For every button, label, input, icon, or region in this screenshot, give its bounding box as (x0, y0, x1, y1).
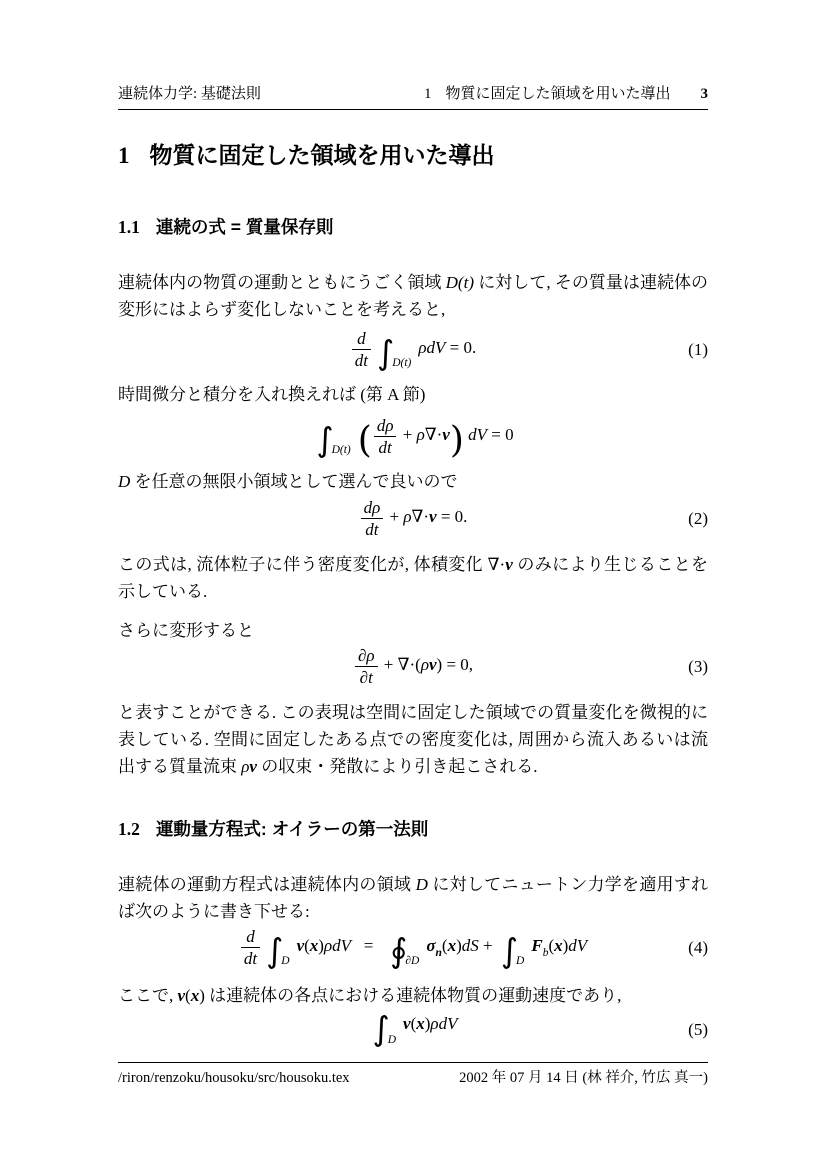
equation-3: ∂ρ∂t + ∇·(ρv) = 0, (353, 646, 473, 688)
equation-4-row: ddt∫Dv(x)ρdV = ∮∂Dσn(x)dS + ∫DFb(x)dV (4… (118, 926, 708, 970)
equation-3-row: ∂ρ∂t + ∇·(ρv) = 0, (3) (118, 646, 708, 688)
equation-unnumbered-row: ∫D(t)(dρdt + ρ∇·v) dV = 0 (118, 412, 708, 462)
page-footer: /riron/renzoku/housoku/src/housoku.tex 2… (118, 1062, 708, 1088)
page-header: 連続体力学: 基礎法則 1 物質に固定した領域を用いた導出 3 (118, 84, 708, 110)
subsection-1-2-title: 運動量方程式: オイラーの第一法則 (156, 819, 428, 839)
subsection-1-1-heading: 1.1連続の式 = 質量保存則 (118, 215, 708, 239)
equation-1-row: ddt∫D(t)ρdV = 0. (1) (118, 329, 708, 371)
paragraph-exchange-derivative: 時間微分と積分を入れ換えれば (第 A 節) (118, 381, 708, 408)
section-1-number: 1 (118, 143, 130, 168)
equation-5-number: (5) (688, 1020, 708, 1040)
subsection-1-2-heading: 1.2運動量方程式: オイラーの第一法則 (118, 817, 708, 841)
paragraph-mass-conservation-intro: 連続体内の物質の運動とともにうごく領域 D(t) に対して, その質量は連続体の… (118, 269, 708, 323)
footer-date-authors: 2002 年 07 月 14 日 (林 祥介, 竹広 真一) (459, 1069, 708, 1088)
equation-3-number: (3) (688, 657, 708, 677)
equation-1: ddt∫D(t)ρdV = 0. (350, 329, 477, 371)
paragraph-further-transform: さらに変形すると (118, 617, 708, 644)
document-page: 連続体力学: 基礎法則 1 物質に固定した領域を用いた導出 3 1物質に固定した… (0, 0, 826, 1169)
header-running-section: 1 物質に固定した領域を用いた導出 3 (424, 84, 708, 104)
equation-2-number: (2) (688, 509, 708, 529)
header-section-number: 1 (424, 84, 432, 104)
paragraph-arbitrary-region: D を任意の無限小領域として選んで良いので (118, 468, 708, 495)
footer-file-path: /riron/renzoku/housoku/src/housoku.tex (118, 1069, 350, 1088)
equation-4: ddt∫Dv(x)ρdV = ∮∂Dσn(x)dS + ∫DFb(x)dV (239, 927, 587, 969)
header-section-title: 物質に固定した領域を用いた導出 (445, 84, 670, 104)
paragraph-velocity-definition: ここで, v(x) は連続体の各点における連続体物質の運動速度であり, (118, 982, 708, 1009)
equation-1-number: (1) (688, 340, 708, 360)
section-1-title: 物質に固定した領域を用いた導出 (150, 142, 495, 168)
subsection-1-2-number: 1.2 (118, 819, 140, 839)
header-document-title: 連続体力学: 基礎法則 (118, 84, 261, 104)
header-page-number: 3 (701, 84, 709, 104)
equation-2-row: dρdt + ρ∇·v = 0. (2) (118, 498, 708, 540)
equation-unnumbered: ∫D(t)(dρdt + ρ∇·v) dV = 0 (312, 416, 513, 458)
equation-5: ∫Dv(x)ρdV (369, 1014, 458, 1045)
subsection-1-1-number: 1.1 (118, 217, 140, 237)
paragraph-density-change: この式は, 流体粒子に伴う密度変化が, 体積変化 ∇·v のみにより生じることを… (118, 551, 708, 605)
paragraph-momentum-intro: 連続体の運動方程式は連続体内の領域 D に対してニュートン力学を適用すれば次のよ… (118, 871, 708, 925)
section-1-heading: 1物質に固定した領域を用いた導出 (118, 140, 708, 171)
equation-4-number: (4) (688, 938, 708, 958)
subsection-1-1-title: 連続の式 = 質量保存則 (156, 217, 333, 237)
equation-5-row: ∫Dv(x)ρdV (5) (118, 1009, 708, 1051)
equation-2: dρdt + ρ∇·v = 0. (359, 498, 468, 540)
paragraph-flux-explanation: と表すことができる. この表現は空間に固定した領域での質量変化を微視的に表してい… (118, 699, 708, 780)
